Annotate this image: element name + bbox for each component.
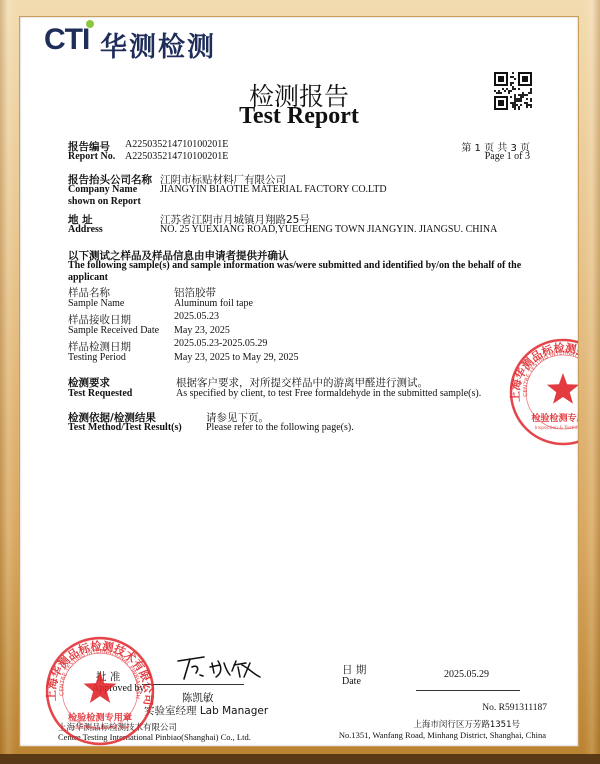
- report-no-value: A225035214710100201E: [125, 139, 228, 150]
- testing-label-en: Testing Period: [68, 352, 126, 363]
- sample-name-en: Aluminum foil tape: [174, 298, 253, 309]
- svg-text:检验检测专用章: 检验检测专用章: [68, 712, 132, 724]
- svg-text:Inspection & Testing Seal: Inspection & Testing Seal: [71, 725, 128, 731]
- sample-intro-en-2: applicant: [68, 272, 108, 283]
- cti-logo: CTI: [44, 23, 89, 57]
- official-stamp-left: 上海华测品标检测技术有限公司CENTRE TESTING INTERNATION…: [44, 635, 156, 746]
- signature-line: [142, 684, 244, 685]
- report-no-label-en: Report No.: [68, 151, 115, 162]
- company-label-en-2: shown on Report: [68, 196, 141, 207]
- received-cn: 2025.05.23: [174, 311, 219, 322]
- received-en: May 23, 2025: [174, 325, 230, 336]
- official-stamp-right: 上海华测品标检测技术有限公司CENTRE TESTING INTERNATION…: [508, 337, 578, 452]
- signature: [170, 653, 270, 688]
- testing-cn: 2025.05.23-2025.05.29: [174, 338, 267, 349]
- cert-number: No. R591311187: [482, 703, 547, 713]
- report-paper: CTI 华测检测 检测报告 Test Report 报告编号 Report No…: [20, 17, 578, 746]
- address-en: NO. 25 YUEXIANG ROAD,YUECHENG TOWN JIANG…: [160, 224, 497, 235]
- testing-en: May 23, 2025 to May 29, 2025: [174, 352, 298, 363]
- sample-name-label-en: Sample Name: [68, 298, 124, 309]
- qr-code-icon: [494, 72, 532, 110]
- lab-address-en: No.1351, Wanfang Road, Minhang District,…: [339, 730, 546, 740]
- report-no-value-en: A225035214710100201E: [125, 151, 228, 162]
- signer-title: 实验室经理 Lab Manager: [144, 703, 268, 718]
- svg-text:检验检测专用章: 检验检测专用章: [531, 412, 578, 424]
- frame-bottom-edge: [0, 754, 600, 764]
- test-requested-label-en: Test Requested: [68, 388, 132, 399]
- test-method-en: Please refer to the following page(s).: [206, 422, 354, 433]
- test-requested-en: As specified by client, to test Free for…: [176, 388, 481, 399]
- logo-green-dot: [86, 20, 94, 28]
- page-indicator-en: Page 1 of 3: [485, 151, 530, 162]
- received-label-en: Sample Received Date: [68, 325, 159, 336]
- svg-text:Inspection & Testing Seal: Inspection & Testing Seal: [535, 425, 578, 431]
- test-method-label-en: Test Method/Test Result(s): [68, 422, 182, 433]
- lab-address-cn: 上海市闵行区万芳路1351号: [413, 718, 520, 730]
- address-label-en: Address: [68, 224, 103, 235]
- sample-intro-en-1: The following sample(s) and sample infor…: [68, 260, 521, 271]
- report-date: 2025.05.29: [444, 669, 489, 680]
- date-label-cn: 日 期: [342, 662, 366, 677]
- logo-chinese-text: 华测检测: [100, 25, 216, 64]
- date-line: [416, 690, 520, 691]
- date-label-en: Date: [342, 676, 361, 687]
- company-name-en: JIANGYIN BIAOTIE MATERIAL FACTORY CO.LTD: [160, 184, 387, 195]
- company-label-en-1: Company Name: [68, 184, 137, 195]
